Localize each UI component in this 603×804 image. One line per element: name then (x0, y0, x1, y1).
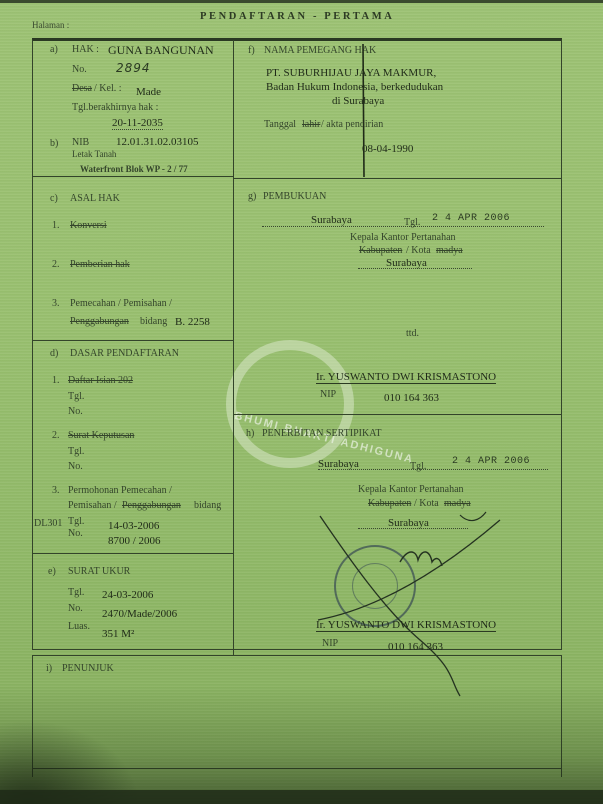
penerbitan-title: PENERBITAN SERTIPIKAT (262, 428, 381, 439)
tanggal-lahir-struck: lahir (302, 119, 320, 130)
asal-hak-item-3-num: 3. (52, 298, 60, 309)
dasar-item-1: Daftar Isian 202 (68, 375, 133, 386)
asal-hak-item-2-num: 2. (52, 259, 60, 270)
dasar-item-2: Surat Keputusan (68, 430, 134, 441)
asal-hak-item-3: Pemecahan / Pemisahan / (70, 298, 172, 309)
hak-label: HAK : (72, 44, 99, 55)
surat-ukur-tgl-value: 24-03-2006 (102, 589, 153, 601)
dasar-item-3-tgl-value: 14-03-2006 (108, 520, 159, 532)
penerbitan-date-stamp: 2 4 APR 2006 (452, 456, 530, 467)
asal-hak-item-3-bidang: bidang (140, 316, 167, 327)
tanggal-label: Tanggal (264, 119, 296, 130)
asal-hak-item-2: Pemberian hak (70, 259, 130, 270)
signature-mark (300, 500, 510, 700)
penerbitan-office-line1: Kepala Kantor Pertanahan (358, 484, 464, 495)
dasar-item-3-line2a: Pemisahan / (68, 500, 117, 511)
penunjuk-title: PENUNJUK (62, 663, 114, 674)
desa-label: Desa (72, 83, 92, 94)
penerbitan-place: Surabaya (318, 458, 359, 470)
pembukuan-kota-label: / Kota (406, 245, 431, 256)
dasar-item-3-prefix: DL301 (34, 518, 62, 529)
pembukuan-title: PEMBUKUAN (263, 191, 326, 202)
surat-ukur-luas-label: Luas. (68, 621, 90, 632)
dasar-item-1-no: No. (68, 406, 83, 417)
pembukuan-date-line (262, 226, 544, 227)
row-divider-d-e (33, 553, 233, 554)
no-label: No. (72, 64, 87, 75)
asal-hak-item-1-num: 1. (52, 220, 60, 231)
holder-name: PT. SUBURHIJAU JAYA MAKMUR, (266, 67, 436, 79)
section-f-marker: f) (248, 45, 255, 56)
column-divider (233, 40, 234, 656)
dasar-item-3-line1: Permohonan Pemecahan / (68, 485, 172, 496)
dasar-item-3-num: 3. (52, 485, 60, 496)
dasar-pendaftaran-title: DASAR PENDAFTARAN (70, 348, 179, 359)
penerbitan-nip-value: 010 164 363 (388, 641, 443, 653)
dasar-item-3-no-value: 8700 / 2006 (108, 535, 161, 547)
penerbitan-tgl-label: Tgl. (410, 461, 426, 472)
asal-hak-bidang-number: B. 2258 (175, 316, 210, 328)
dasar-item-3-no-label: No. (68, 528, 83, 539)
tgl-berakhir-label: Tgl.berakhirnya hak : (72, 102, 158, 113)
dasar-item-3-line2b: bidang (194, 500, 221, 511)
pembukuan-ttd: ttd. (406, 328, 419, 339)
page-title: PENDAFTARAN - PERTAMA (200, 11, 394, 22)
dasar-item-1-tgl: Tgl. (68, 391, 84, 402)
section-d-marker: d) (50, 348, 58, 359)
asal-hak-item-3-struck: Penggabungan (70, 316, 129, 327)
section-c-marker: c) (50, 193, 58, 204)
surat-ukur-no-label: No. (68, 603, 83, 614)
row-divider-g-h (234, 414, 561, 415)
section-b-marker: b) (50, 138, 58, 149)
letak-tanah-label: Letak Tanah (72, 149, 116, 159)
dasar-item-2-tgl: Tgl. (68, 446, 84, 457)
row-divider-f-g (234, 178, 561, 179)
pen-mark-f (355, 42, 375, 182)
pembukuan-place: Surabaya (311, 214, 352, 226)
kel-value: Made (136, 86, 161, 98)
dasar-item-3-tgl-label: Tgl. (68, 516, 84, 527)
row-divider-ab-c (33, 176, 233, 177)
asal-hak-title: ASAL HAK (70, 193, 120, 204)
dasar-item-2-num: 2. (52, 430, 60, 441)
page-top-edge (0, 0, 603, 3)
nib-value: 12.01.31.02.03105 (116, 136, 199, 148)
section-g-marker: g) (248, 191, 256, 202)
letak-tanah-value: Waterfront Blok WP - 2 / 77 (80, 164, 188, 174)
penerbitan-nip-label: NIP (322, 638, 338, 649)
section-e-marker: e) (48, 566, 56, 577)
nib-label: NIB (72, 137, 89, 148)
section-a-marker: a) (50, 44, 58, 55)
surat-ukur-luas-value: 351 M² (102, 628, 134, 640)
pembukuan-madya-struck: madya (436, 245, 463, 256)
surat-ukur-no-value: 2470/Made/2006 (102, 608, 177, 620)
dasar-item-1-num: 1. (52, 375, 60, 386)
surat-ukur-tgl-label: Tgl. (68, 587, 84, 598)
page-number-label: Halaman : (32, 20, 69, 30)
tgl-berakhir-value: 20-11-2035 (112, 117, 163, 130)
hak-value: GUNA BANGUNAN (108, 43, 214, 58)
pembukuan-official-name: Ir. YUSWANTO DWI KRISMASTONO (316, 371, 496, 384)
pembukuan-date-stamp: 2 4 APR 2006 (432, 213, 510, 224)
pembukuan-office-line1: Kepala Kantor Pertanahan (350, 232, 456, 243)
pembukuan-nip-value: 010 164 363 (384, 392, 439, 404)
page-bottom-edge (0, 790, 603, 804)
pembukuan-kabupaten-struck: Kabupaten (359, 245, 402, 256)
surat-ukur-title: SURAT UKUR (68, 566, 130, 577)
pembukuan-tgl-label: Tgl. (404, 217, 420, 228)
pembukuan-city: Surabaya (386, 257, 427, 269)
penerbitan-official-name: Ir. YUSWANTO DWI KRISMASTONO (316, 619, 496, 632)
pembukuan-nip-label: NIP (320, 389, 336, 400)
row-divider-c-d (33, 340, 233, 341)
certificate-number: 2894 (116, 61, 151, 75)
asal-hak-item-1: Konversi (70, 220, 107, 231)
dasar-item-2-no: No. (68, 461, 83, 472)
section-i-marker: i) (46, 663, 52, 674)
dasar-item-3-struck: Penggabungan (122, 500, 181, 511)
section-h-marker: h) (246, 428, 254, 439)
kel-label: / Kel. : (94, 83, 122, 94)
